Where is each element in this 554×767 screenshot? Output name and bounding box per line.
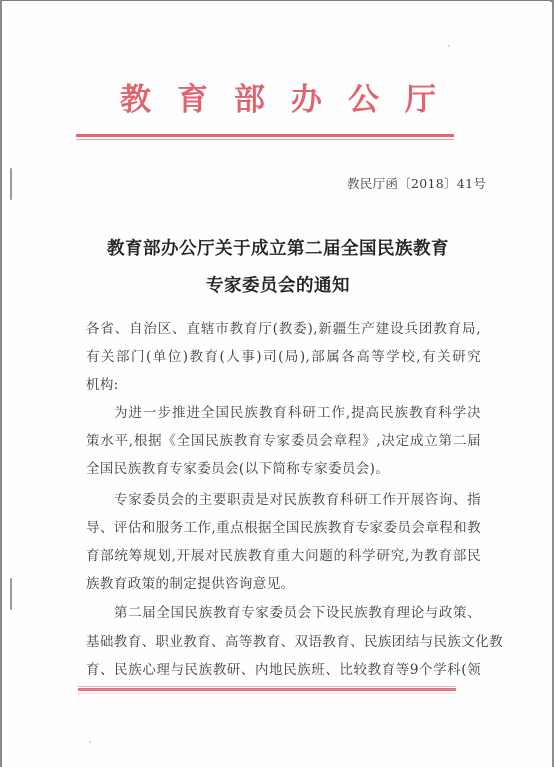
body-line: 第二届全国民族教育专家委员会下设民族教育理论与政策、 — [114, 604, 481, 622]
footer-red-rule — [78, 688, 456, 691]
body-line: 专家委员会的主要职责是对民族教育科研工作开展咨询、指 — [114, 491, 481, 509]
body-line: 导、评估和服务工作,重点根据全国民族教育专家委员会章程和教 — [86, 519, 481, 537]
body-line: 育部统筹规划,开展对民族教育重大问题的科学研究,为教育部民 — [86, 547, 481, 565]
masthead-red-rule-thin — [76, 139, 454, 140]
binding-mark — [10, 168, 12, 200]
notice-title-line-2: 专家委员会的通知 — [4, 272, 552, 297]
body-line: 策水平,根据《全国民族教育专家委员会章程》,决定成立第二届 — [86, 432, 481, 450]
scan-speck — [89, 741, 91, 743]
body-line: 有关部门(单位)教育(人事)司(局),部属各高等学校,有关研究 — [86, 348, 481, 366]
body-line: 族教育政策的制定提供咨询意见。 — [86, 575, 481, 593]
body-line: 基础教育、职业教育、高等教育、双语教育、民族团结与民族文化教 — [86, 633, 481, 651]
document-page: 教育部办公厅 教民厅函〔2018〕41号 教育部办公厅关于成立第二届全国民族教育… — [4, 2, 552, 767]
masthead-title: 教育部办公厅 — [4, 80, 552, 120]
footer-red-rule-shadow — [78, 693, 456, 694]
body-line: 全国民族教育专家委员会(以下简称专家委员会)。 — [86, 460, 481, 478]
notice-title-line-1: 教育部办公厅关于成立第二届全国民族教育 — [4, 235, 552, 260]
masthead-red-rule — [76, 134, 454, 137]
body-line: 育、民族心理与民族教研、内地民族班、比较教育等9个学科(领 — [86, 661, 481, 679]
document-number: 教民厅函〔2018〕41号 — [347, 174, 486, 192]
document-frame: 教育部办公厅 教民厅函〔2018〕41号 教育部办公厅关于成立第二届全国民族教育… — [0, 0, 554, 767]
body-line: 为进一步推进全国民族教育科研工作,提高民族教育科学决 — [114, 404, 481, 422]
binding-mark — [10, 578, 12, 610]
footer-red-rule-thin — [78, 686, 456, 687]
scan-speck — [448, 45, 450, 47]
body-line: 机构: — [86, 376, 481, 394]
body-line: 各省、自治区、直辖市教育厅(教委),新疆生产建设兵团教育局, — [86, 320, 481, 338]
